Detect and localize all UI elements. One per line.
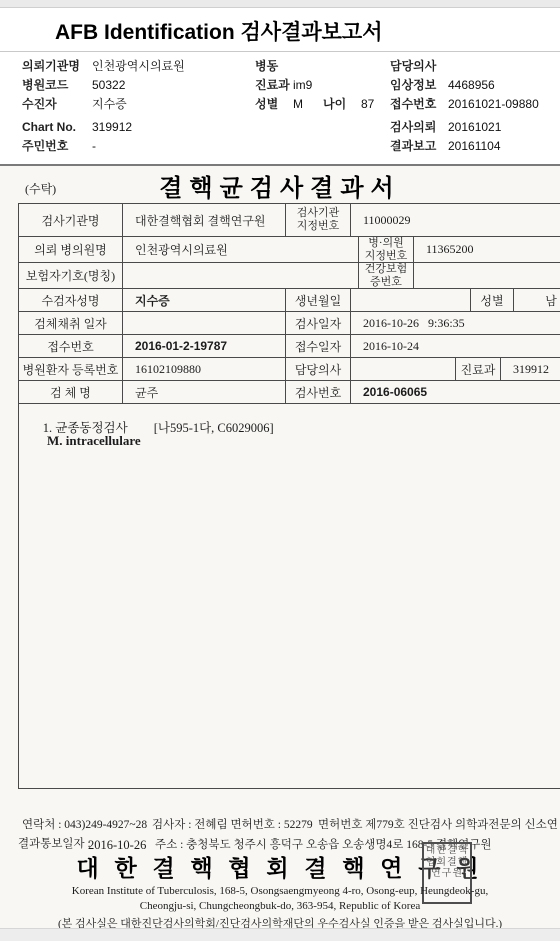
cell-label: 병·의원 지정번호 [359, 237, 414, 262]
cell-label: 담당의사 [286, 358, 351, 380]
accreditation-note: (본 검사실은 대한진단검사의학회/진단검사의학재단의 우수검사실 인증을 받은… [0, 915, 560, 928]
meta-row: 임상정보4468956 [390, 75, 560, 94]
cell-label: 성별 [471, 289, 514, 311]
table-row: 의뢰 병의원명 인천광역시의료원 병·의원 지정번호 11365200 [19, 237, 560, 263]
cell-label: 보험자기호(명칭) [19, 263, 123, 288]
table-row: 접수번호 2016-01-2-19787 접수일자 2016-10-24 [19, 335, 560, 358]
institute-address-en-line1: Korean Institute of Tuberculosis, 168-5,… [0, 885, 560, 897]
field-value: 20161021 [448, 120, 501, 134]
field-label: 진료과 [255, 76, 293, 93]
cell-value [351, 358, 456, 380]
cell-label-line: 건강보험 [365, 263, 408, 276]
meta-row: 검사의뢰20161021 [390, 117, 560, 136]
cell-label-line: 검사기관 [297, 207, 340, 220]
cell-label: 접수일자 [286, 335, 351, 357]
field-label: 나이 [323, 95, 361, 112]
cell-label-line: 병·의원 [368, 237, 404, 250]
field-value: im9 [293, 78, 312, 92]
field-label: 병원코드 [22, 76, 92, 93]
table-row: 보험자기호(명칭) 건강보험 증번호 [19, 263, 560, 289]
cell-value: 남 [514, 289, 560, 311]
meta-row: 병동 [255, 56, 390, 75]
meta-row: 담당의사 [390, 56, 560, 75]
cell-value: 16102109880 [123, 358, 286, 380]
meta-column-left: 의뢰기관명인천광역시의료원 병원코드50322 수진자지수증 Chart No.… [22, 56, 252, 155]
result-item-code: [나595-1다, C6029006] [154, 421, 274, 435]
result-organism: M. intracellulare [47, 433, 141, 449]
meta-row: 주민번호- [22, 136, 252, 155]
field-label: 수진자 [22, 95, 92, 112]
cell-value [414, 263, 560, 288]
cell-value: 319912 [501, 358, 560, 380]
meta-row: 의뢰기관명인천광역시의료원 [22, 56, 252, 75]
meta-row: Chart No.319912 [22, 117, 252, 136]
table-row: 병원환자 등록번호 16102109880 담당의사 진료과 319912 [19, 358, 560, 381]
cell-value: 2016-01-2-19787 [123, 335, 286, 357]
field-value: - [92, 139, 96, 153]
cell-label: 생년월일 [286, 289, 351, 311]
field-value: 20161021-09880 [448, 97, 539, 111]
field-value: 50322 [92, 78, 125, 92]
meta-column-right: 담당의사 임상정보4468956 접수번호20161021-09880 검사의뢰… [390, 56, 560, 155]
meta-row: 결과보고20161104 [390, 136, 560, 155]
cell-value: 대한결핵협회 결핵연구원 [123, 204, 286, 236]
field-value: 인천광역시의료원 [92, 57, 185, 74]
field-label: 접수번호 [390, 95, 448, 112]
cell-value: 2016-10-24 [351, 335, 560, 357]
field-label: Chart No. [22, 120, 92, 134]
cell-label: 검사일자 [286, 312, 351, 334]
footer-notify-date-label: 결과통보일자 : [18, 835, 91, 851]
cell-label: 수검자성명 [19, 289, 123, 311]
cell-label: 건강보험 증번호 [359, 263, 414, 288]
report-title: 결핵균검사결과서 [0, 168, 560, 203]
footer-specialist: 면허번호 제779호 진단검사 의학과전문의 신소연 [318, 816, 558, 832]
field-label: 임상정보 [390, 76, 448, 93]
field-value: M [293, 97, 323, 111]
field-value: 4468956 [448, 78, 495, 92]
field-value: 319912 [92, 120, 132, 134]
institute-name: 대 한 결 핵 협 회 결 핵 연 구 원 [0, 850, 560, 883]
cell-value: 11365200 [414, 237, 560, 262]
field-value: 20161104 [448, 139, 501, 153]
field-label: 검사의뢰 [390, 118, 448, 135]
meta-row: 접수번호20161021-09880 [390, 94, 560, 113]
cell-label: 접수번호 [19, 335, 123, 357]
cell-label: 병원환자 등록번호 [19, 358, 123, 380]
cell-label: 진료과 [456, 358, 501, 380]
institute-address-en-line2: Cheongju-si, Chungcheongbuk-do, 363-954,… [0, 900, 560, 912]
scanned-report: (수탁) 결핵균검사결과서 검사기관명 대한결핵협회 결핵연구원 검사기관 지정… [0, 164, 560, 928]
report-table: 검사기관명 대한결핵협회 결핵연구원 검사기관 지정번호 11000029 의뢰… [18, 203, 560, 404]
field-label: 의뢰기관명 [22, 57, 92, 74]
cell-label-line: 지정번호 [365, 250, 408, 263]
cell-value [351, 289, 471, 311]
meta-row: 진료과im9 [255, 75, 390, 94]
meta-row: 병원코드50322 [22, 75, 252, 94]
meta-row: 수진자지수증 [22, 94, 252, 113]
cell-value [123, 263, 359, 288]
window-top-bar [0, 0, 560, 8]
window-bottom-bar [0, 928, 560, 941]
footer-contact: 연락처 : 043)249-4927~28 [22, 816, 147, 832]
cell-value: 지수증 [123, 289, 286, 311]
cell-label-line: 지정번호 [297, 220, 340, 233]
cell-value: 인천광역시의료원 [123, 237, 359, 262]
field-label: 담당의사 [390, 57, 448, 74]
field-label: 결과보고 [390, 137, 448, 154]
cell-value: 11000029 [351, 204, 560, 236]
cell-label: 검체채취 일자 [19, 312, 123, 334]
footer-examiner: 검사자 : 전혜림 면허번호 : 52279 [152, 816, 313, 832]
cell-label-line: 증번호 [370, 276, 402, 289]
cell-label: 검사기관 지정번호 [286, 204, 351, 236]
field-value: 87 [361, 97, 374, 111]
field-label: 성별 [255, 95, 293, 112]
field-value: 지수증 [92, 95, 127, 112]
title-divider [0, 51, 560, 52]
cell-value [123, 312, 286, 334]
meta-column-middle: 병동 진료과im9 성별 M 나이 87 [255, 56, 390, 113]
field-label: 주민번호 [22, 137, 92, 154]
table-row: 검사기관명 대한결핵협회 결핵연구원 검사기관 지정번호 11000029 [19, 204, 560, 237]
cell-label: 의뢰 병의원명 [19, 237, 123, 262]
page-title: AFB Identification 검사결과보고서 [55, 16, 383, 46]
cell-label: 검사기관명 [19, 204, 123, 236]
table-row: 검체채취 일자 검사일자 2016-10-26 9:36:35 [19, 312, 560, 335]
cell-value: 2016-10-26 9:36:35 [351, 312, 560, 334]
field-label: 병동 [255, 57, 293, 74]
meta-row: 성별 M 나이 87 [255, 94, 390, 113]
table-row: 수검자성명 지수증 생년월일 성별 남 [19, 289, 560, 312]
result-box: 1. 균종동정검사[나595-1다, C6029006] M. intracel… [18, 395, 560, 789]
